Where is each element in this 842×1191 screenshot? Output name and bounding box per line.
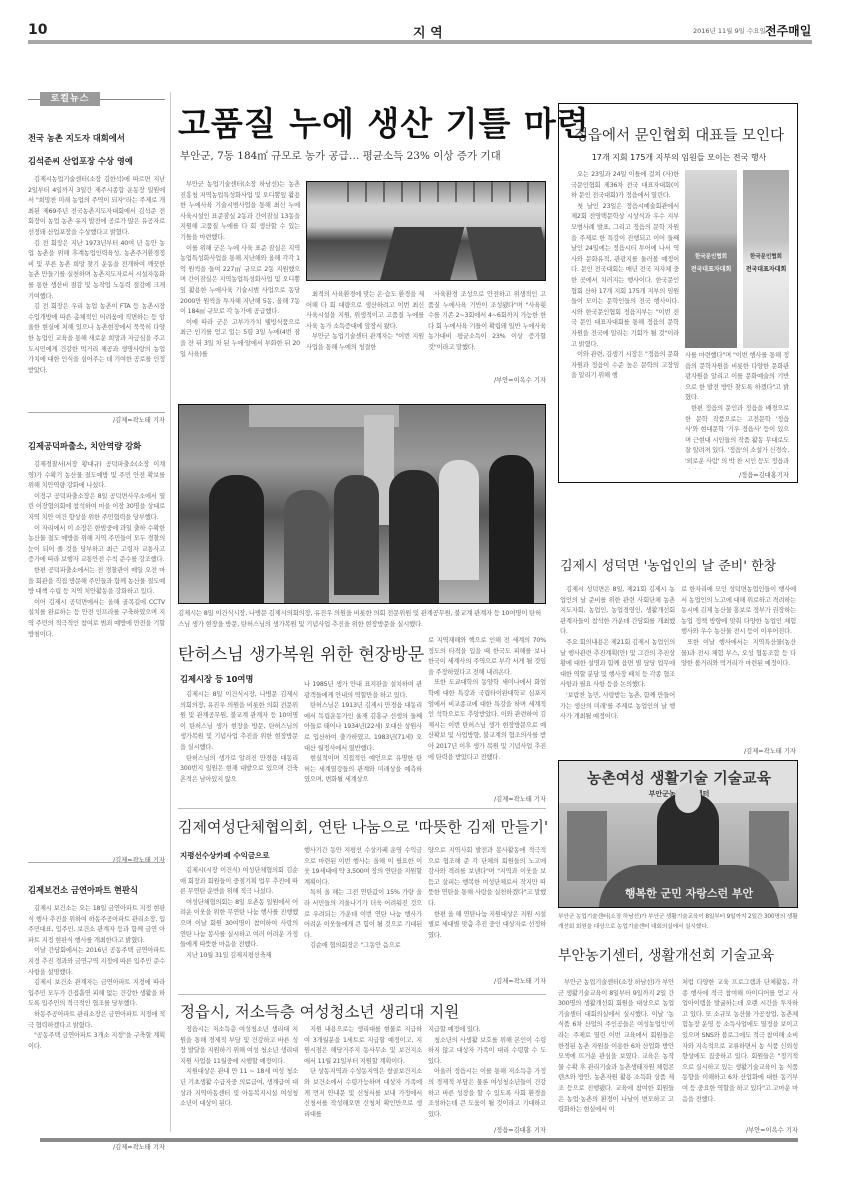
sidebar-label: 로컬뉴스 (40, 92, 100, 106)
sanitary-body-col1: 정읍시는 저소득층 여성청소년 생리대 지원을 통해 경제적 부담 및 건강하고… (180, 1025, 298, 1135)
tanheo-subhead: 김제시장 등 10여명 (180, 673, 253, 685)
article-title: 김제공덕파출소, 치안역량 강화 (28, 440, 165, 452)
person-figure (284, 490, 329, 604)
munin-headline: 정읍에서 문인협회 대표들 모인다 (559, 124, 799, 145)
sidebar-article-1: 전국 농촌 지도자 대회에서 김석준씨 산업포장 수상 영예 김제시농업기술센터… (28, 132, 165, 424)
sidebar-article-2: 김제공덕파출소, 치안역량 강화 김제경찰서(서장 황대규) 공덕파출소(소장 … (28, 440, 165, 864)
seongdeok-headline: 김제시 성덕면 '농업인의 날 준비' 한창 (560, 555, 776, 574)
article-title: 김석준씨 산업포장 수상 영예 (28, 155, 165, 167)
person-figure (389, 470, 439, 604)
buan-edu-body-col2: 처럼 다양한 교육 프로그램과 단체활동, 각종 행사에 적극 참여해 아이디어… (682, 978, 798, 1123)
poster-right: 한국문인협회 전국대표자대회 (743, 170, 789, 348)
paper-name: 전주매일 (765, 22, 811, 39)
article-body: 김제경찰서(서장 황대규) 공덕파출소(소장 이계영)가 수확기 농산물 절도예… (28, 460, 165, 855)
tanheo-byline: /김제=곽노태 기자 (428, 794, 546, 803)
briquette-body-col3: 양으로 지역사회 발전과 봉사활동에 적극적으로 협조해 준 각 단체의 회원들… (428, 846, 546, 976)
tanheo-body-col1: 김제시는 8일 이건식시장, 나병문 김제시의회의장, 유진우 의원을 비롯한 … (180, 690, 298, 800)
article-body: 김제시 보건소는 오는 18일 금연아파트 지정 현판식 행사 추진을 위하여 … (28, 904, 165, 1142)
person-figure (439, 460, 479, 580)
sidebar-divider (28, 862, 165, 863)
tanheo-photo (178, 404, 546, 604)
issue-date: 2016년 11월 9일 수요일 (693, 26, 766, 35)
briquette-headline: 김제여성단체협의회, 연탄 나눔으로 '따뜻한 김제 만들기' (178, 816, 548, 837)
tanheo-photo-caption: 김제시는 8일 이건식시장, 나병문 김제시의회의장, 유진우 의원을 비롯한 … (178, 608, 546, 630)
briquette-body-col2: 행사기간 동안 지평선 수상카페 운영 수익금으로 마련된 이번 행사는 올해 … (304, 846, 422, 986)
tanheo-body-col3: 로 지역재해와 핵으로 인해 전 세계의 70%정도의 타격을 입을 때 한국도… (428, 636, 546, 794)
tanheo-headline: 탄허스님 생가복원 위한 현장방문 (178, 640, 424, 665)
curtain-left (567, 811, 607, 881)
article-title: 김제보건소 금연아파트 현판식 (28, 884, 165, 896)
lead-headline: 고품질 누에 생산 기틀 마련 (178, 98, 590, 145)
buan-edu-byline: /부안=이옥수 기자 (682, 1125, 798, 1134)
roof-beams (347, 182, 546, 202)
buan-edu-body-col1: 부안군 농업기술센터(소장 하남선)가 부안군 생활기술교육이 8일부터 9일까… (558, 978, 674, 1143)
briquette-body-col1: 김제시(시장 이건식) 여성단체협의회 김순애 회장과 회원들이 중점기획 업무… (180, 866, 298, 986)
person-figure (334, 475, 379, 595)
byline: /김제=곽노태 기자 (28, 415, 165, 424)
sanitary-byline: /정읍=김대홍 기자 (428, 1125, 546, 1134)
munin-subheadline: 17개 지회 175개 지부의 임원들 모이는 전국 행사 (559, 152, 799, 163)
briquette-byline: /김제=곽노태 기자 (428, 976, 546, 985)
buan-edu-photo-caption: 부안군 농업기술센터(소장 하남선)가 부안군 생활기술교육이 8일부터 9일까… (558, 912, 798, 932)
byline: /김제=곽노태 기자 (28, 1142, 165, 1151)
lead-body-col1: 부안군 농업기술센터(소장 하남선)는 농촌진흥청 지역농업특성화사업 및 오디… (180, 180, 300, 385)
lead-byline: /부안=이옥수 기자 (428, 375, 546, 384)
sidebar: 로컬뉴스 전국 농촌 지도자 대회에서 김석준씨 산업포장 수상 영예 김제시농… (28, 92, 165, 1132)
section-title: 지 역 (413, 22, 443, 41)
poster-title: 전국대표자대회 (685, 264, 737, 273)
sidebar-label-text: 로컬뉴스 (51, 94, 90, 104)
sanitary-body-col2: 지원 내용으로는 생리대를 현물로 지급하여 3개월분을 1세트로 지급할 예정… (304, 1025, 422, 1135)
sidebar-article-3: 김제보건소 금연아파트 현판식 김제시 보건소는 오는 18일 금연아파트 지정… (28, 884, 165, 1151)
sidebar-divider (28, 412, 165, 413)
silkworm-bed (466, 227, 546, 281)
lead-body-col2: 최적의 사육환경에 맞는 온·습도 환경을 제어해 다 회 대량으로 생산하려고… (306, 290, 424, 385)
sanitary-body-col3: 지급할 예정에 있다. 청소년의 사생활 보호를 위해 본인이 수령하지 않고 … (428, 1025, 546, 1125)
podium: 행복한 군민 자랑스런 부안 (599, 865, 779, 908)
poster-org: 한국문인협회 (685, 252, 737, 260)
buan-edu-photo: 농촌여성 생활기술 기술교육 부안군농업기술센터 행복한 군민 자랑스런 부안 (558, 760, 798, 908)
munin-body-col1: 오는 23일과 24일 이틀에 걸쳐 (사)한국문인협회 제36차 전국 대표자… (571, 170, 679, 475)
header-rule (28, 40, 812, 44)
poster-org: 한국문인협회 (743, 252, 789, 260)
buan-edu-headline: 부안농기센터, 생활개선회 기술교육 (558, 945, 774, 965)
poster-title: 전국대표자대회 (743, 264, 789, 273)
munin-byline: /정읍=김대홍기자 (685, 470, 789, 479)
silkworm-bed (380, 227, 465, 281)
person-figure (489, 455, 534, 604)
munin-body-col2: 사를 마련했다"며 "이번 행사를 통해 정읍의 문학자원을 비롯한 다양한 문… (685, 351, 789, 469)
lead-photo (306, 181, 546, 281)
seongdeok-byline: /김제=곽노태 기자 (681, 746, 796, 755)
lead-body-col3: 사육환경 조성으로 안전하고 위생적인 고품질 누에사육 기반이 조성됐다"며 … (428, 290, 546, 375)
section-divider (178, 808, 546, 809)
banner-title: 농촌여성 생활기술 기술교육 (559, 767, 798, 788)
seongdeok-body-col2: 로 한자리에 모인 성덕면농업인들이 행사에서 농업인의 노고에 대해 위로하고… (681, 585, 796, 745)
section-divider (178, 994, 546, 995)
footer-rule (40, 1138, 798, 1142)
lead-subheadline: 부안군, 7동 184㎡ 규모로 농가 공급… 평균소득 23% 이상 증가 기… (180, 148, 501, 163)
tanheo-body-col2: 나 1985년 생가 안내 표지판을 설치하여 관광객들에게 안내의 역할만을 … (304, 680, 422, 800)
article-title: 전국 농촌 지도자 대회에서 (28, 132, 165, 144)
briquette-subhead: 지평선수상카페 수익금으로 (180, 850, 270, 861)
column-divider (170, 92, 171, 1132)
article-body: 김제시농업기술센터(소장 김한석)에 따르면 지난 2일부터 4일까지 3일간 … (28, 175, 165, 415)
speaker-head (675, 783, 701, 813)
sanitary-headline: 정읍시, 저소득층 여성청소년 생리대 지원 (180, 1000, 459, 1022)
seongdeok-body-col1: 김제시 성덕면은 8일, 제21회 김제시 농업인의 날 준비를 위한 관련 사… (560, 585, 675, 755)
person-figure (209, 475, 264, 604)
munin-box: 정읍에서 문인협회 대표들 모인다 17개 지회 175개 지부의 임원들 모이… (558, 103, 798, 483)
page-number: 10 (28, 22, 47, 38)
podium-text: 행복한 군민 자랑스런 부안 (599, 885, 779, 901)
poster-left: 한국문인협회 전국대표자대회 (685, 170, 737, 348)
